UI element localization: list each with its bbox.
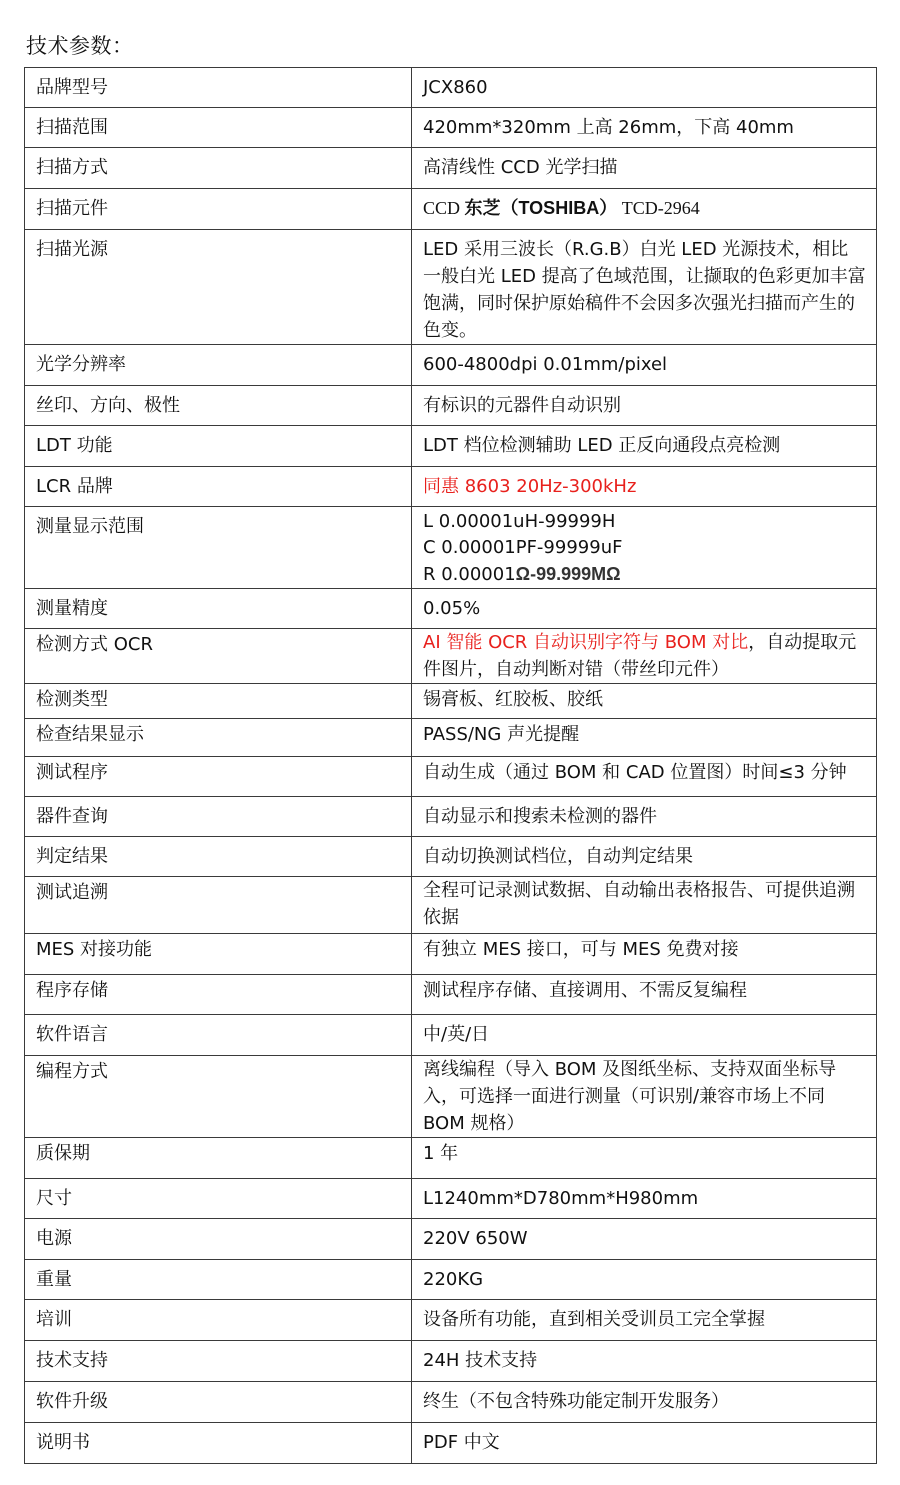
- param-name: 扫描范围: [25, 108, 412, 148]
- table-row: 电源 220V 650W: [25, 1219, 877, 1260]
- param-name: 程序存储: [25, 975, 412, 1015]
- table-row: 尺寸 L1240mm*D780mm*H980mm: [25, 1179, 877, 1219]
- table-row: 软件升级 终生（不包含特殊功能定制开发服务）: [25, 1382, 877, 1423]
- param-value: 1 年: [412, 1138, 877, 1179]
- table-row: 丝印、方向、极性 有标识的元器件自动识别: [25, 386, 877, 426]
- param-value: 同惠 8603 20Hz-300kHz: [412, 467, 877, 507]
- param-value: 自动生成（通过 BOM 和 CAD 位置图）时间≤3 分钟: [412, 757, 877, 797]
- table-row: 扫描光源 LED 采用三波长（R.G.B）白光 LED 光源技术，相比一般白光 …: [25, 230, 877, 345]
- param-value: 有独立 MES 接口，可与 MES 免费对接: [412, 934, 877, 975]
- param-value: 220KG: [412, 1260, 877, 1300]
- param-value: 高清线性 CCD 光学扫描: [412, 148, 877, 189]
- param-value: 600-4800dpi 0.01mm/pixel: [412, 345, 877, 386]
- param-value: L 0.00001uH-99999H C 0.00001PF-99999uF R…: [412, 507, 877, 589]
- table-row: 品牌型号 JCX860: [25, 68, 877, 108]
- table-row: 检查结果显示 PASS/NG 声光提醒: [25, 719, 877, 757]
- table-row: 测试追溯 全程可记录测试数据、自动输出表格报告、可提供追溯依据: [25, 877, 877, 934]
- param-name: 检测类型: [25, 684, 412, 719]
- table-row: 测试程序 自动生成（通过 BOM 和 CAD 位置图）时间≤3 分钟: [25, 757, 877, 797]
- range-r-start: R 0.00001: [423, 564, 516, 585]
- range-r-end: Ω-99.999MΩ: [516, 564, 621, 584]
- spec-table: 品牌型号 JCX860 扫描范围 420mm*320mm 上高 26mm，下高 …: [24, 67, 877, 1464]
- param-value: LED 采用三波长（R.G.B）白光 LED 光源技术，相比一般白光 LED 提…: [412, 230, 877, 345]
- param-value: 离线编程（导入 BOM 及图纸坐标、支持双面坐标导入，可选择一面进行测量（可识别…: [412, 1056, 877, 1138]
- param-value: AI 智能 OCR 自动识别字符与 BOM 对比，自动提取元件图片，自动判断对错…: [412, 629, 877, 684]
- param-name: 电源: [25, 1219, 412, 1260]
- param-value: 有标识的元器件自动识别: [412, 386, 877, 426]
- param-name: 扫描光源: [25, 230, 412, 345]
- param-name: MES 对接功能: [25, 934, 412, 975]
- param-value: PDF 中文: [412, 1423, 877, 1464]
- table-row: LDT 功能 LDT 档位检测辅助 LED 正反向通段点亮检测: [25, 426, 877, 467]
- section-title: 技术参数：: [26, 30, 134, 60]
- table-row: 器件查询 自动显示和搜索未检测的器件: [25, 797, 877, 837]
- table-row: 编程方式 离线编程（导入 BOM 及图纸坐标、支持双面坐标导入，可选择一面进行测…: [25, 1056, 877, 1138]
- value-part: CCD: [423, 198, 465, 218]
- param-name: 技术支持: [25, 1341, 412, 1382]
- param-name: 重量: [25, 1260, 412, 1300]
- param-value: 设备所有功能，直到相关受训员工完全掌握: [412, 1300, 877, 1341]
- param-name: 测量显示范围: [25, 507, 412, 589]
- table-row: 技术支持 24H 技术支持: [25, 1341, 877, 1382]
- param-value: LDT 档位检测辅助 LED 正反向通段点亮检测: [412, 426, 877, 467]
- param-value: 24H 技术支持: [412, 1341, 877, 1382]
- range-l: L 0.00001uH-99999H: [423, 509, 866, 535]
- param-name: 质保期: [25, 1138, 412, 1179]
- param-value: 0.05%: [412, 589, 877, 629]
- table-row: 说明书 PDF 中文: [25, 1423, 877, 1464]
- param-value: 测试程序存储、直接调用、不需反复编程: [412, 975, 877, 1015]
- table-row: MES 对接功能 有独立 MES 接口，可与 MES 免费对接: [25, 934, 877, 975]
- table-row: 质保期 1 年: [25, 1138, 877, 1179]
- param-name: 尺寸: [25, 1179, 412, 1219]
- table-row: 测量显示范围 L 0.00001uH-99999H C 0.00001PF-99…: [25, 507, 877, 589]
- param-name: 检查结果显示: [25, 719, 412, 757]
- param-name: 说明书: [25, 1423, 412, 1464]
- param-value: 自动显示和搜索未检测的器件: [412, 797, 877, 837]
- table-row: 扫描方式 高清线性 CCD 光学扫描: [25, 148, 877, 189]
- range-c: C 0.00001PF-99999uF: [423, 535, 866, 561]
- param-value: 锡膏板、红胶板、胶纸: [412, 684, 877, 719]
- param-name: 培训: [25, 1300, 412, 1341]
- param-name: 测量精度: [25, 589, 412, 629]
- table-row: 判定结果 自动切换测试档位，自动判定结果: [25, 837, 877, 877]
- param-name: LDT 功能: [25, 426, 412, 467]
- param-name: 扫描方式: [25, 148, 412, 189]
- highlight-text: AI 智能 OCR 自动识别字符与 BOM 对比: [423, 632, 748, 653]
- param-name: LCR 品牌: [25, 467, 412, 507]
- param-value: 全程可记录测试数据、自动输出表格报告、可提供追溯依据: [412, 877, 877, 934]
- table-row: 检测类型 锡膏板、红胶板、胶纸: [25, 684, 877, 719]
- param-name: 光学分辨率: [25, 345, 412, 386]
- table-row: LCR 品牌 同惠 8603 20Hz-300kHz: [25, 467, 877, 507]
- table-row: 程序存储 测试程序存储、直接调用、不需反复编程: [25, 975, 877, 1015]
- table-row: 检测方式 OCR AI 智能 OCR 自动识别字符与 BOM 对比，自动提取元件…: [25, 629, 877, 684]
- param-name: 扫描元件: [25, 189, 412, 230]
- param-value: 420mm*320mm 上高 26mm，下高 40mm: [412, 108, 877, 148]
- param-name: 软件语言: [25, 1015, 412, 1056]
- param-value: 自动切换测试档位，自动判定结果: [412, 837, 877, 877]
- table-row: 扫描元件 CCD 东芝（TOSHIBA） TCD-2964: [25, 189, 877, 230]
- brand-text: 东芝（TOSHIBA）: [465, 198, 618, 218]
- param-name: 丝印、方向、极性: [25, 386, 412, 426]
- param-value: PASS/NG 声光提醒: [412, 719, 877, 757]
- table-row: 光学分辨率 600-4800dpi 0.01mm/pixel: [25, 345, 877, 386]
- param-name: 测试追溯: [25, 877, 412, 934]
- param-value: 中/英/日: [412, 1015, 877, 1056]
- param-name: 编程方式: [25, 1056, 412, 1138]
- param-value: 220V 650W: [412, 1219, 877, 1260]
- table-row: 扫描范围 420mm*320mm 上高 26mm，下高 40mm: [25, 108, 877, 148]
- table-row: 重量 220KG: [25, 1260, 877, 1300]
- table-row: 测量精度 0.05%: [25, 589, 877, 629]
- param-name: 判定结果: [25, 837, 412, 877]
- table-row: 软件语言 中/英/日: [25, 1015, 877, 1056]
- param-value: L1240mm*D780mm*H980mm: [412, 1179, 877, 1219]
- param-value: JCX860: [412, 68, 877, 108]
- range-r: R 0.00001Ω-99.999MΩ: [423, 561, 866, 588]
- value-part: TCD-2964: [617, 198, 700, 218]
- param-name: 检测方式 OCR: [25, 629, 412, 684]
- param-name: 软件升级: [25, 1382, 412, 1423]
- param-name: 器件查询: [25, 797, 412, 837]
- param-value: CCD 东芝（TOSHIBA） TCD-2964: [412, 189, 877, 230]
- param-value: 终生（不包含特殊功能定制开发服务）: [412, 1382, 877, 1423]
- param-name: 品牌型号: [25, 68, 412, 108]
- param-name: 测试程序: [25, 757, 412, 797]
- table-row: 培训 设备所有功能，直到相关受训员工完全掌握: [25, 1300, 877, 1341]
